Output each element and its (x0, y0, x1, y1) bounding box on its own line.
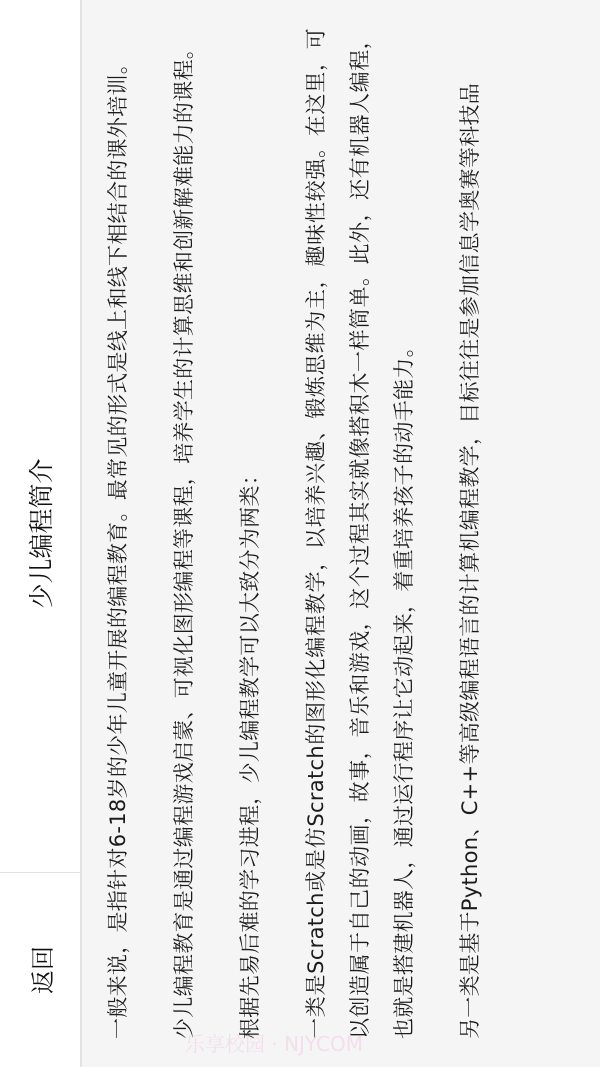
paragraph-5: 另一类是基于Python、C++等高级编程语言的计算机编程教学，目标往往是参加信… (448, 28, 492, 1039)
article-body[interactable]: 一般来说，是指针对6-18岁的少年儿童开展的编程教育。最常见的形式是线上和线下相… (84, 0, 600, 1067)
back-button[interactable]: 返回 (0, 872, 80, 1067)
article-page: 返回 少儿编程简介 一般来说，是指针对6-18岁的少年儿童开展的编程教育。最常见… (0, 0, 600, 1067)
paragraph-2: 少儿编程教育是通过编程游戏启蒙、可视化图形编程等课程，培养学生的计算思维和创新解… (162, 28, 206, 1039)
top-bar: 返回 少儿编程简介 (0, 0, 82, 1067)
page-title: 少儿编程简介 (22, 459, 58, 609)
paragraph-4: 一类是Scratch或是仿Scratch的图形化编程教学，以培养兴趣、锻炼思维为… (294, 28, 426, 1039)
page-title-container: 少儿编程简介 (0, 0, 80, 872)
screen: 返回 少儿编程简介 一般来说，是指针对6-18岁的少年儿童开展的编程教育。最常见… (0, 0, 600, 1067)
paragraph-3: 根据先易后难的学习进程，少儿编程教学可以大致分为两类： (228, 28, 272, 1039)
back-button-label: 返回 (23, 946, 58, 994)
paragraph-1: 一般来说，是指针对6-18岁的少年儿童开展的编程教育。最常见的形式是线上和线下相… (96, 28, 140, 1039)
